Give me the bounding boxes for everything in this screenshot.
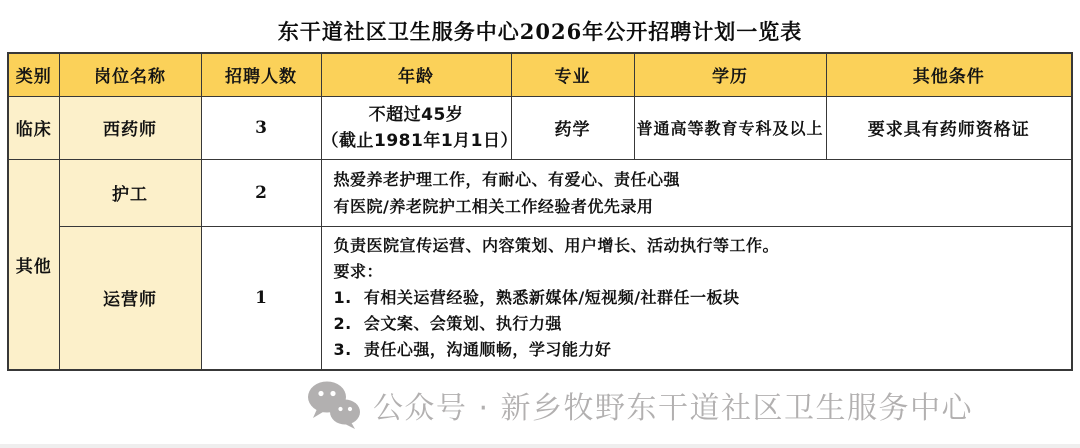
footer-watermark: 公众号 · 新乡牧野东干道社区卫生服务中心 bbox=[100, 374, 1080, 436]
table-row-nurse: 其他 护工 2 热爱养老护理工作，有耐心、有爱心、责任心强 有医院/养老院护工相… bbox=[8, 159, 1072, 226]
cell-position-operator: 运营师 bbox=[59, 226, 201, 370]
header-row: 类别 岗位名称 招聘人数 年龄 专业 学历 其他条件 bbox=[8, 53, 1072, 96]
cell-count-pharmacist: 3 bbox=[201, 96, 321, 159]
cell-position-pharmacist: 西药师 bbox=[59, 96, 201, 159]
bottom-strip bbox=[0, 444, 1080, 448]
table-row-clinical: 临床 西药师 3 不超过45岁 （截止1981年1月1日） 药学 普通高等教育专… bbox=[8, 96, 1072, 159]
cell-category-clinical: 临床 bbox=[8, 96, 59, 159]
page: 东干道社区卫生服务中心2026年公开招聘计划一览表 类别 岗位名称 招聘人数 年… bbox=[0, 0, 1080, 448]
cell-count-operator: 1 bbox=[201, 226, 321, 370]
col-header-other: 其他条件 bbox=[826, 53, 1072, 96]
col-header-major: 专业 bbox=[511, 53, 634, 96]
col-header-category: 类别 bbox=[8, 53, 59, 96]
table-row-operator: 运营师 1 负责医院宣传运营、内容策划、用户增长、活动执行等工作。 要求： 1.… bbox=[8, 226, 1072, 370]
footer-label: 公众号 · 新乡牧野东干道社区卫生服务中心 bbox=[373, 383, 973, 427]
page-title: 东干道社区卫生服务中心2026年公开招聘计划一览表 bbox=[0, 0, 1080, 52]
cell-description-nurse: 热爱养老护理工作，有耐心、有爱心、责任心强 有医院/养老院护工相关工作经验者优先… bbox=[321, 159, 1072, 226]
cell-category-other: 其他 bbox=[8, 159, 59, 370]
cell-education-pharmacist: 普通高等教育专科及以上 bbox=[634, 96, 826, 159]
wechat-icon bbox=[307, 380, 361, 430]
col-header-position: 岗位名称 bbox=[59, 53, 201, 96]
cell-position-nurse: 护工 bbox=[59, 159, 201, 226]
cell-major-pharmacist: 药学 bbox=[511, 96, 634, 159]
recruitment-table: 类别 岗位名称 招聘人数 年龄 专业 学历 其他条件 临床 西药师 3 不超过4… bbox=[7, 52, 1073, 371]
col-header-count: 招聘人数 bbox=[201, 53, 321, 96]
cell-other-pharmacist: 要求具有药师资格证 bbox=[826, 96, 1072, 159]
cell-description-operator: 负责医院宣传运营、内容策划、用户增长、活动执行等工作。 要求： 1. 有相关运营… bbox=[321, 226, 1072, 370]
cell-count-nurse: 2 bbox=[201, 159, 321, 226]
col-header-age: 年龄 bbox=[321, 53, 511, 96]
cell-age-pharmacist: 不超过45岁 （截止1981年1月1日） bbox=[321, 96, 511, 159]
col-header-education: 学历 bbox=[634, 53, 826, 96]
